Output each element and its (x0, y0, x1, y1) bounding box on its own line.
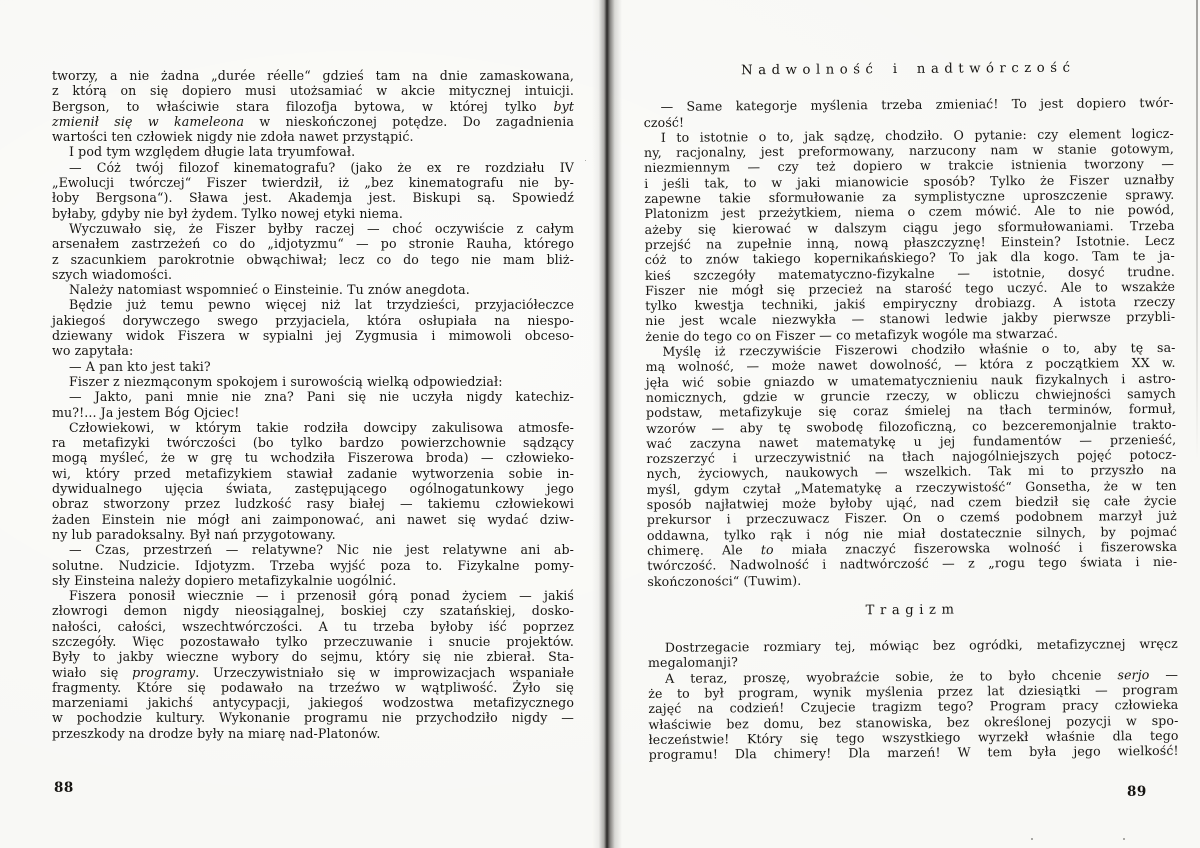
section-heading: Nadwolność i nadtwórczość (643, 60, 1173, 79)
text-run: w nieskończonej potędze. Do zagadnienia (244, 114, 574, 129)
text-run: sły Einsteina należy dopiero metafizykal… (52, 573, 396, 588)
text-run: Należy natomiast wspomnieć o Einsteinie.… (69, 282, 470, 297)
paragraph: Dostrzegacie rozmiary tej, mówiąc bez og… (648, 636, 1178, 671)
paragraph: — Czas, przestrzeń — relatywne? Nic nie … (52, 542, 574, 588)
text-line: zmienił się w kameleona w nieskończonej … (52, 114, 574, 129)
text-line: dywidualnego ujęcia świata, zastępująceg… (52, 481, 574, 496)
scan-speck (1031, 838, 1033, 840)
text-run: Nadwolność i nadtwórczość (741, 61, 1075, 79)
paragraph: Fiszera ponosił wiecznie — i przenosił g… (52, 588, 574, 741)
italic-run: byt (553, 99, 574, 114)
text-run: szych wiadomości. (52, 267, 172, 282)
text-line: Fiszer z niezmąconym spokojem i surowośc… (52, 374, 574, 389)
text-run: — Cóż twój filozof kinematografu? (jako … (69, 160, 574, 175)
text-line: Bergson, to właściwie stara filozofja by… (52, 99, 574, 114)
text-run: Wyczuwało się, że Fiszer byłby raczej — … (69, 221, 574, 236)
text-run: „Ewolucji twórczej“ Fiszer twierdził, iż… (52, 175, 574, 190)
text-line: — Cóż twój filozof kinematografu? (jako … (52, 160, 574, 175)
italic-run: zmienił się w kameleona (52, 114, 244, 129)
text-line: ny lub paradoksalny. Był nań przygotowan… (52, 527, 574, 542)
text-run: chimerę. Ale (647, 542, 761, 558)
text-line: fragmenty. Które się podawało na trzeźwo… (52, 680, 574, 695)
text-run: Były to jakby wieczne wybory do sejmu, k… (52, 649, 574, 664)
paragraph: — Cóż twój filozof kinematografu? (jako … (52, 160, 574, 221)
text-run: I pod tym względem długie lata tryumfowa… (69, 144, 355, 159)
text-line: ra metafizyki twórczości (bo tylko bardz… (52, 435, 574, 450)
page-number-left: 88 (54, 780, 74, 796)
text-run: skończoności“ (Tuwim). (647, 572, 801, 588)
text-run: dywidualnego ujęcia świata, zastępująceg… (52, 481, 574, 496)
text-line: sły Einsteina należy dopiero metafizykal… (52, 573, 574, 588)
text-line: solutne. Nudzicie. Idjotyzm. Trzeba wyjś… (52, 558, 574, 573)
text-run: Człowiekowi, w którym takie rodziła dowc… (69, 420, 574, 435)
text-line: obraz stworzony przez ludzkość rasy biał… (52, 496, 574, 511)
text-line: mogą myśleć, że w grę tu wchodziła Fisze… (52, 450, 574, 465)
text-run: z którą on się dopiero musi utożsamiać w… (52, 83, 574, 98)
page-left-text: tworzy, a nie żadna „durée réelle“ gdzie… (52, 68, 574, 741)
text-line: szczegóły. Więc pozostawało tylko przecz… (52, 634, 574, 649)
text-run: wo zapytała: (52, 343, 133, 358)
text-line: szych wiadomości. (52, 267, 574, 282)
paragraph: — Jakto, pani mnie nie zna? Pani się nie… (52, 389, 574, 420)
text-line: Będzie już temu pewno więcej niż lat trz… (52, 297, 574, 312)
text-line: Należy natomiast wspomnieć o Einsteinie.… (52, 282, 574, 297)
book-scan: tworzy, a nie żadna „durée réelle“ gdzie… (0, 0, 1200, 848)
text-run: programu! Dla chimery! Dla marzeń! W tem… (649, 743, 1179, 762)
text-run: mogą myśleć, że w grę tu wchodziła Fisze… (52, 450, 574, 465)
text-run: — Czas, przestrzeń — relatywne? Nic nie … (69, 542, 574, 557)
text-run: Będzie już temu pewno więcej niż lat trz… (69, 297, 574, 312)
text-run: fragmenty. Które się podawało na trzeźwo… (52, 680, 574, 695)
italic-run: programy (132, 665, 195, 680)
text-run: wi, który przed metafizykiem stawiał zad… (52, 466, 574, 481)
page-number-right: 89 (1127, 784, 1147, 800)
paragraph: Będzie już temu pewno więcej niż lat trz… (52, 297, 574, 358)
text-line: — Czas, przestrzeń — relatywne? Nic nie … (52, 542, 574, 557)
text-run: — Jakto, pani mnie nie zna? Pani się nie… (69, 389, 574, 404)
paragraph: Należy natomiast wspomnieć o Einsteinie.… (52, 282, 574, 297)
spine-gutter-shadow (592, 0, 622, 848)
text-line: z którą on się dopiero musi utożsamiać w… (52, 83, 574, 98)
text-line: z szacunkiem parokrotnie obwąchiwał; lec… (52, 252, 574, 267)
text-run: — A pan kto jest taki? (69, 359, 211, 374)
text-line: skończoności“ (Tuwim). (647, 569, 1177, 588)
text-line: nałości, całości, wszechtwórczości. A tu… (52, 619, 574, 634)
page-right-text: Nadwolność i nadtwórczość— Same kategorj… (643, 60, 1178, 763)
text-run: obraz stworzony przez ludzkość rasy biał… (52, 496, 574, 511)
paragraph: — Same kategorje myślenia trzeba zmienia… (644, 95, 1174, 130)
text-line: Człowiekowi, w którym takie rodziła dowc… (52, 420, 574, 435)
paragraph: Fiszer z niezmąconym spokojem i surowośc… (52, 374, 574, 389)
text-line: arsenałem zastrzeżeń co do „idjotyzmu“ —… (52, 236, 574, 251)
text-run: z szacunkiem parokrotnie obwąchiwał; lec… (52, 252, 574, 267)
text-run: złowrogi demon nigdy nieosiągalnej, bosk… (52, 603, 574, 618)
text-line: Fiszera ponosił wiecznie — i przenosił g… (52, 588, 574, 603)
text-line: wiało się programy. Urzeczywistniało się… (52, 665, 574, 680)
paragraph: Wyczuwało się, że Fiszer byłby raczej — … (52, 221, 574, 282)
paragraph: I pod tym względem długie lata tryumfowa… (52, 144, 574, 159)
text-run: marzeniami jakichś antycypacji, jakiegoś… (52, 695, 574, 710)
paragraph: I to istotnie o to, jak sądzę, chodziło.… (644, 126, 1176, 344)
text-line: Wyczuwało się, że Fiszer byłby raczej — … (52, 221, 574, 236)
text-run: łoby Bergsona“). Sława jest. Akademja je… (52, 190, 574, 205)
text-line: mu?!... Ja jestem Bóg Ojciec! (52, 405, 574, 420)
text-run: wiało się (52, 665, 132, 680)
text-line: Były to jakby wieczne wybory do sejmu, k… (52, 649, 574, 664)
text-run: solutne. Nudzicie. Idjotyzm. Trzeba wyjś… (52, 558, 574, 573)
text-run: megalomanji? (648, 655, 738, 671)
text-line: jakiegoś dorywczego swego przyjaciela, k… (52, 313, 574, 328)
text-line: tworzy, a nie żadna „durée réelle“ gdzie… (52, 68, 574, 83)
paragraph: A teraz, proszę, wyobraźcie sobie, że to… (648, 667, 1179, 763)
text-run: Fiszer z niezmąconym spokojem i surowośc… (69, 374, 503, 389)
text-line: dziewany widok Fiszera w sypialni jej Zy… (52, 328, 574, 343)
text-run: ra metafizyki twórczości (bo tylko bardz… (52, 435, 574, 450)
text-run: ny lub paradoksalny. Był nań przygotowan… (52, 527, 336, 542)
text-run: byłaby, gdyby nie był żydem. Tylko nowej… (52, 206, 403, 221)
text-line: programu! Dla chimery! Dla marzeń! W tem… (649, 743, 1179, 762)
scan-speck (1123, 838, 1125, 840)
text-line: wartości ten człowiek nigdy nie zdoła na… (52, 129, 574, 144)
text-run: arsenałem zastrzeżeń co do „idjotyzmu“ —… (52, 236, 574, 251)
text-run: w pochodzie kultury. Wykonanie programu … (52, 710, 574, 725)
italic-run: serjo (1117, 667, 1149, 682)
text-line: byłaby, gdyby nie był żydem. Tylko nowej… (52, 206, 574, 221)
text-line: — Jakto, pani mnie nie zna? Pani się nie… (52, 389, 574, 404)
text-run: Bergson, to właściwie stara filozofja by… (52, 99, 553, 114)
text-run: czość! (644, 114, 685, 129)
text-line: „Ewolucji twórczej“ Fiszer twierdził, iż… (52, 175, 574, 190)
text-run: szczegóły. Więc pozostawało tylko przecz… (52, 634, 574, 649)
text-run: nałości, całości, wszechtwórczości. A tu… (52, 619, 574, 634)
text-run: Tragizm (866, 602, 960, 618)
paragraph: tworzy, a nie żadna „durée réelle“ gdzie… (52, 68, 574, 144)
text-line: łoby Bergsona“). Sława jest. Akademja je… (52, 190, 574, 205)
text-run: jakiegoś dorywczego swego przyjaciela, k… (52, 313, 574, 328)
text-run: przeszkody na drodze były na miarę nad-P… (52, 726, 380, 741)
text-line: I pod tym względem długie lata tryumfowa… (52, 144, 574, 159)
text-line: przeszkody na drodze były na miarę nad-P… (52, 726, 574, 741)
text-run: dziewany widok Fiszera w sypialni jej Zy… (52, 328, 574, 343)
text-run: żaden Einstein nie mógł ani zaimponować,… (52, 512, 574, 527)
text-run: Fiszera ponosił wiecznie — i przenosił g… (69, 588, 574, 603)
italic-run: to (761, 542, 774, 557)
paragraph: Człowiekowi, w którym takie rodziła dowc… (52, 420, 574, 542)
text-run: wartości ten człowiek nigdy nie zdoła na… (52, 129, 414, 144)
text-line: — A pan kto jest taki? (52, 359, 574, 374)
scan-speck (585, 160, 586, 161)
section-heading: Tragizm (648, 601, 1178, 620)
paragraph: — A pan kto jest taki? (52, 359, 574, 374)
text-run: mu?!... Ja jestem Bóg Ojciec! (52, 405, 239, 420)
page-edge-line (1196, 0, 1198, 460)
text-line: wi, który przed metafizykiem stawiał zad… (52, 466, 574, 481)
text-line: marzeniami jakichś antycypacji, jakiegoś… (52, 695, 574, 710)
text-run: tworzy, a nie żadna „durée réelle“ gdzie… (52, 68, 574, 83)
text-run: — (1149, 667, 1178, 682)
text-line: w pochodzie kultury. Wykonanie programu … (52, 710, 574, 725)
text-line: wo zapytała: (52, 343, 574, 358)
text-line: złowrogi demon nigdy nieosiągalnej, bosk… (52, 603, 574, 618)
paragraph: Myślę iż rzeczywiście Fiszerowi chodziło… (645, 340, 1177, 589)
text-line: żaden Einstein nie mógł ani zaimponować,… (52, 512, 574, 527)
text-run: . Urzeczywistniało się w improwizacjach … (195, 665, 574, 680)
